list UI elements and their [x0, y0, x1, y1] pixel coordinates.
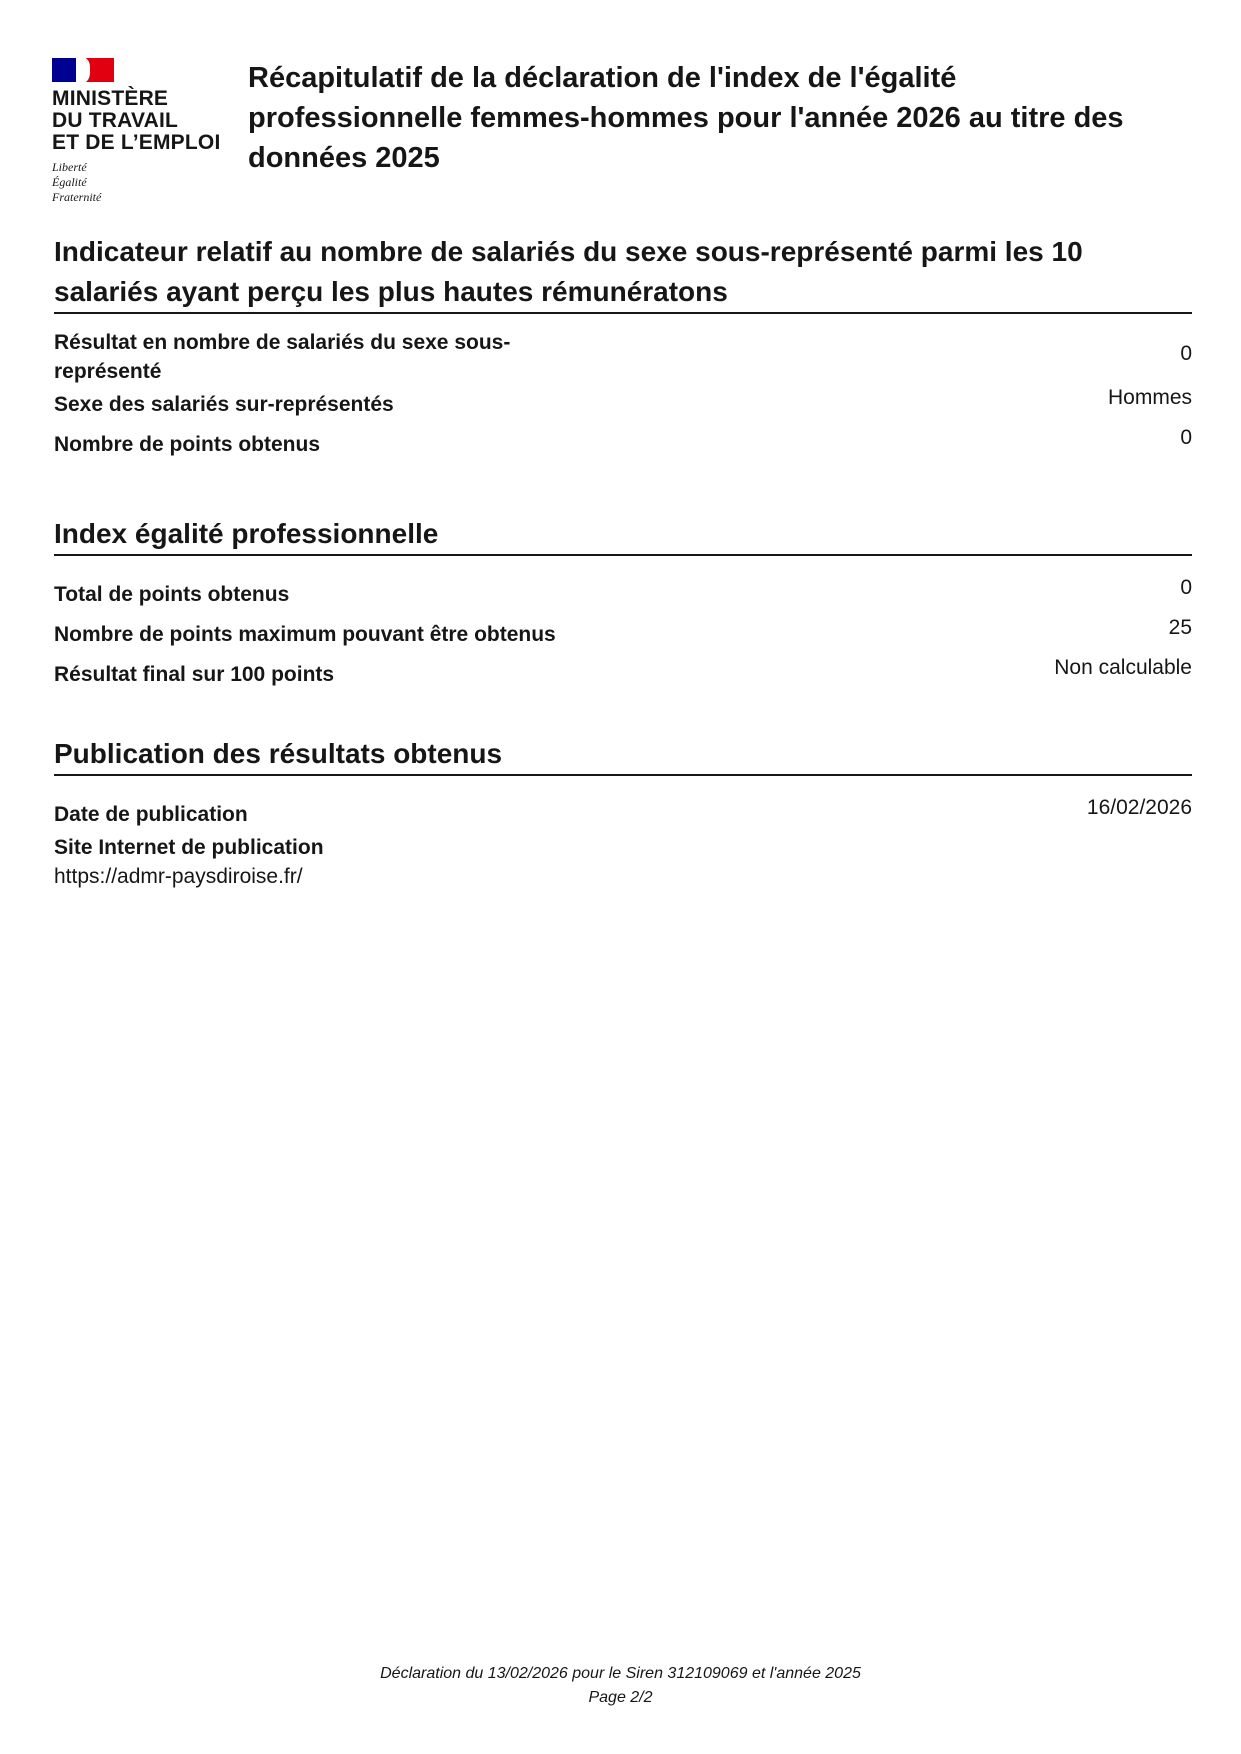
- section-title: Indicateur relatif au nombre de salariés…: [54, 232, 1192, 314]
- row-value: 16/02/2026: [1087, 793, 1192, 822]
- section-indicator: Indicateur relatif au nombre de salariés…: [54, 232, 1192, 459]
- section-title: Index égalité professionnelle: [54, 514, 1192, 556]
- publication-site-row: Site Internet de publication: [54, 833, 1192, 862]
- row-label: Site Internet de publication: [54, 833, 324, 862]
- row-label: Résultat final sur 100 points: [54, 660, 334, 689]
- total-points-row: Total de points obtenus 0: [54, 580, 1192, 609]
- publication-date-row: Date de publication 16/02/2026: [54, 800, 1192, 829]
- row-value: 0: [1180, 339, 1192, 368]
- row-label: Nombre de points obtenus: [54, 430, 320, 459]
- page-number: Page 2/2: [0, 1686, 1241, 1710]
- points-row: Nombre de points obtenus 0: [54, 430, 1192, 459]
- declaration-info: Déclaration du 13/02/2026 pour le Siren …: [0, 1662, 1241, 1686]
- result-row: Résultat en nombre de salariés du sexe s…: [54, 328, 1192, 386]
- republic-motto: Liberté Égalité Fraternité: [52, 160, 232, 205]
- row-value: 0: [1180, 423, 1192, 452]
- final-result-row: Résultat final sur 100 points Non calcul…: [54, 660, 1192, 689]
- document-title: Récapitulatif de la déclaration de l'ind…: [248, 58, 1178, 178]
- ministry-logo: MINISTÈRE DU TRAVAIL ET DE L’EMPLOI Libe…: [52, 58, 232, 205]
- page-footer: Déclaration du 13/02/2026 pour le Siren …: [0, 1662, 1241, 1710]
- row-label: Total de points obtenus: [54, 580, 289, 609]
- row-value: Hommes: [1108, 383, 1192, 412]
- max-points-row: Nombre de points maximum pouvant être ob…: [54, 620, 1192, 649]
- section-index: Index égalité professionnelle Total de p…: [54, 514, 1192, 689]
- row-label: Nombre de points maximum pouvant être ob…: [54, 620, 556, 649]
- overrepresented-sex-row: Sexe des salariés sur-représentés Hommes: [54, 390, 1192, 419]
- row-value: Non calculable: [1054, 653, 1192, 682]
- publication-website-link[interactable]: https://admr-paysdiroise.fr/: [54, 862, 1192, 891]
- marianne-flag-icon: [52, 58, 114, 82]
- ministry-name: MINISTÈRE DU TRAVAIL ET DE L’EMPLOI: [52, 88, 232, 154]
- section-publication: Publication des résultats obtenus Date d…: [54, 734, 1192, 891]
- row-value: 25: [1169, 613, 1192, 642]
- row-label: Résultat en nombre de salariés du sexe s…: [54, 328, 514, 386]
- row-value: 0: [1180, 573, 1192, 602]
- row-label: Date de publication: [54, 800, 248, 829]
- section-title: Publication des résultats obtenus: [54, 734, 1192, 776]
- row-label: Sexe des salariés sur-représentés: [54, 390, 394, 419]
